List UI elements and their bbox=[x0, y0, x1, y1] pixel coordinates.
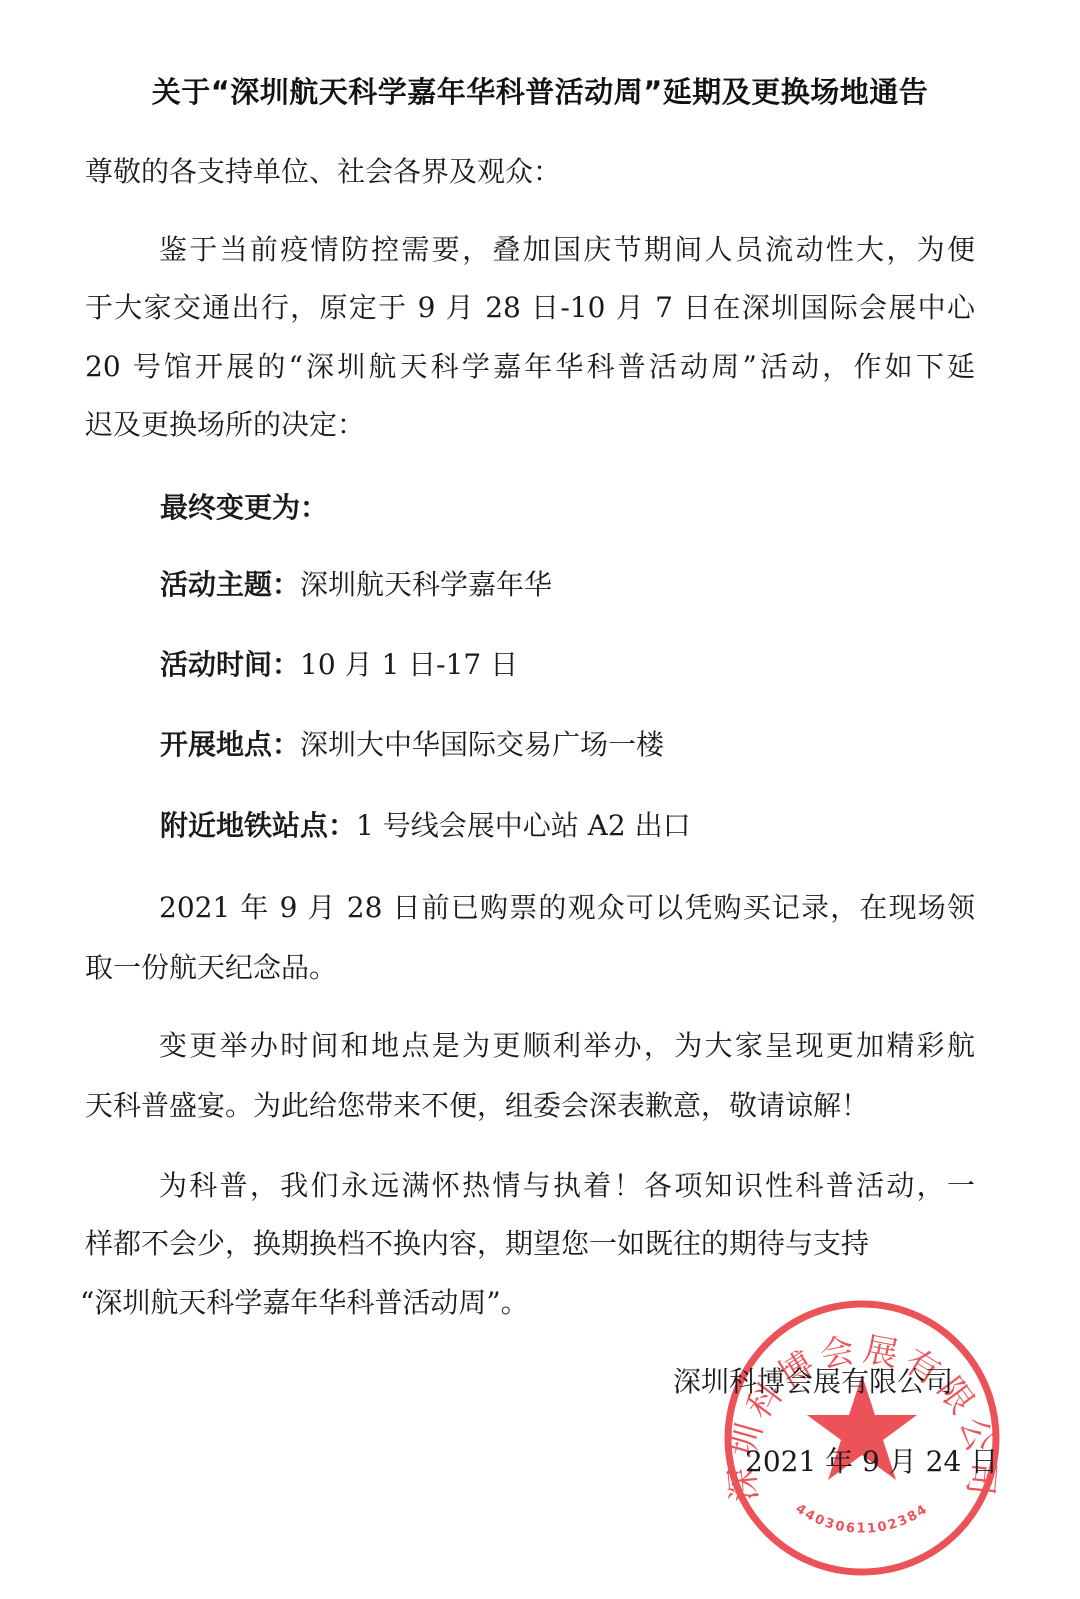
seal-number: 4403061102384 bbox=[793, 1501, 932, 1536]
signature-organization: 深圳科博会展有限公司 bbox=[673, 1364, 953, 1400]
detail-label: 附近地铁站点： bbox=[160, 809, 356, 842]
detail-label: 开展地点： bbox=[160, 728, 300, 761]
changes-heading: 最终变更为： bbox=[160, 490, 328, 526]
detail-location: 开展地点：深圳大中华国际交易广场一楼 bbox=[160, 727, 664, 763]
detail-value: 深圳大中华国际交易广场一楼 bbox=[300, 728, 664, 761]
company-seal-stamp: 深圳科博会展有限公司 4403061102384 bbox=[712, 1290, 1012, 1590]
paragraph-line: 2021 年 9 月 28 日前已购票的观众可以凭购买记录，在现场领 bbox=[85, 890, 975, 926]
paragraph-line: 迟及更换场所的决定： bbox=[85, 407, 365, 443]
detail-value: 1 号线会展中心站 A2 出口 bbox=[356, 809, 691, 842]
paragraph-line: 20 号馆开展的“深圳航天科学嘉年华科普活动周”活动，作如下延 bbox=[85, 349, 975, 385]
notice-title: 关于“深圳航天科学嘉年华科普活动周”延期及更换场地通告 bbox=[0, 72, 1080, 112]
signature-date: 2021 年 9 月 24 日 bbox=[745, 1444, 998, 1480]
salutation: 尊敬的各支持单位、社会各界及观众： bbox=[85, 154, 561, 190]
detail-value: 深圳航天科学嘉年华 bbox=[300, 568, 552, 601]
paragraph-line: 样都不会少，换期换档不换内容，期望您一如既往的期待与支持 bbox=[85, 1226, 869, 1262]
paragraph-line: 取一份航天纪念品。 bbox=[85, 950, 337, 986]
paragraph-line: 为科普，我们永远满怀热情与执着！各项知识性科普活动，一 bbox=[85, 1168, 975, 1204]
paragraph-line: “深圳航天科学嘉年华科普活动周”。 bbox=[80, 1285, 529, 1321]
detail-label: 活动时间： bbox=[160, 648, 300, 681]
detail-label: 活动主题： bbox=[160, 568, 300, 601]
paragraph-line: 鉴于当前疫情防控需要，叠加国庆节期间人员流动性大，为便 bbox=[85, 232, 975, 268]
detail-metro: 附近地铁站点：1 号线会展中心站 A2 出口 bbox=[160, 808, 691, 844]
detail-time: 活动时间：10 月 1 日-17 日 bbox=[160, 647, 518, 683]
detail-theme: 活动主题：深圳航天科学嘉年华 bbox=[160, 567, 552, 603]
paragraph-line: 天科普盛宴。为此给您带来不便，组委会深表歉意，敬请谅解！ bbox=[85, 1088, 869, 1124]
detail-value: 10 月 1 日-17 日 bbox=[300, 648, 518, 681]
paragraph-line: 于大家交通出行，原定于 9 月 28 日-10 月 7 日在深圳国际会展中心 bbox=[85, 290, 975, 326]
paragraph-line: 变更举办时间和地点是为更顺利举办，为大家呈现更加精彩航 bbox=[85, 1028, 975, 1064]
